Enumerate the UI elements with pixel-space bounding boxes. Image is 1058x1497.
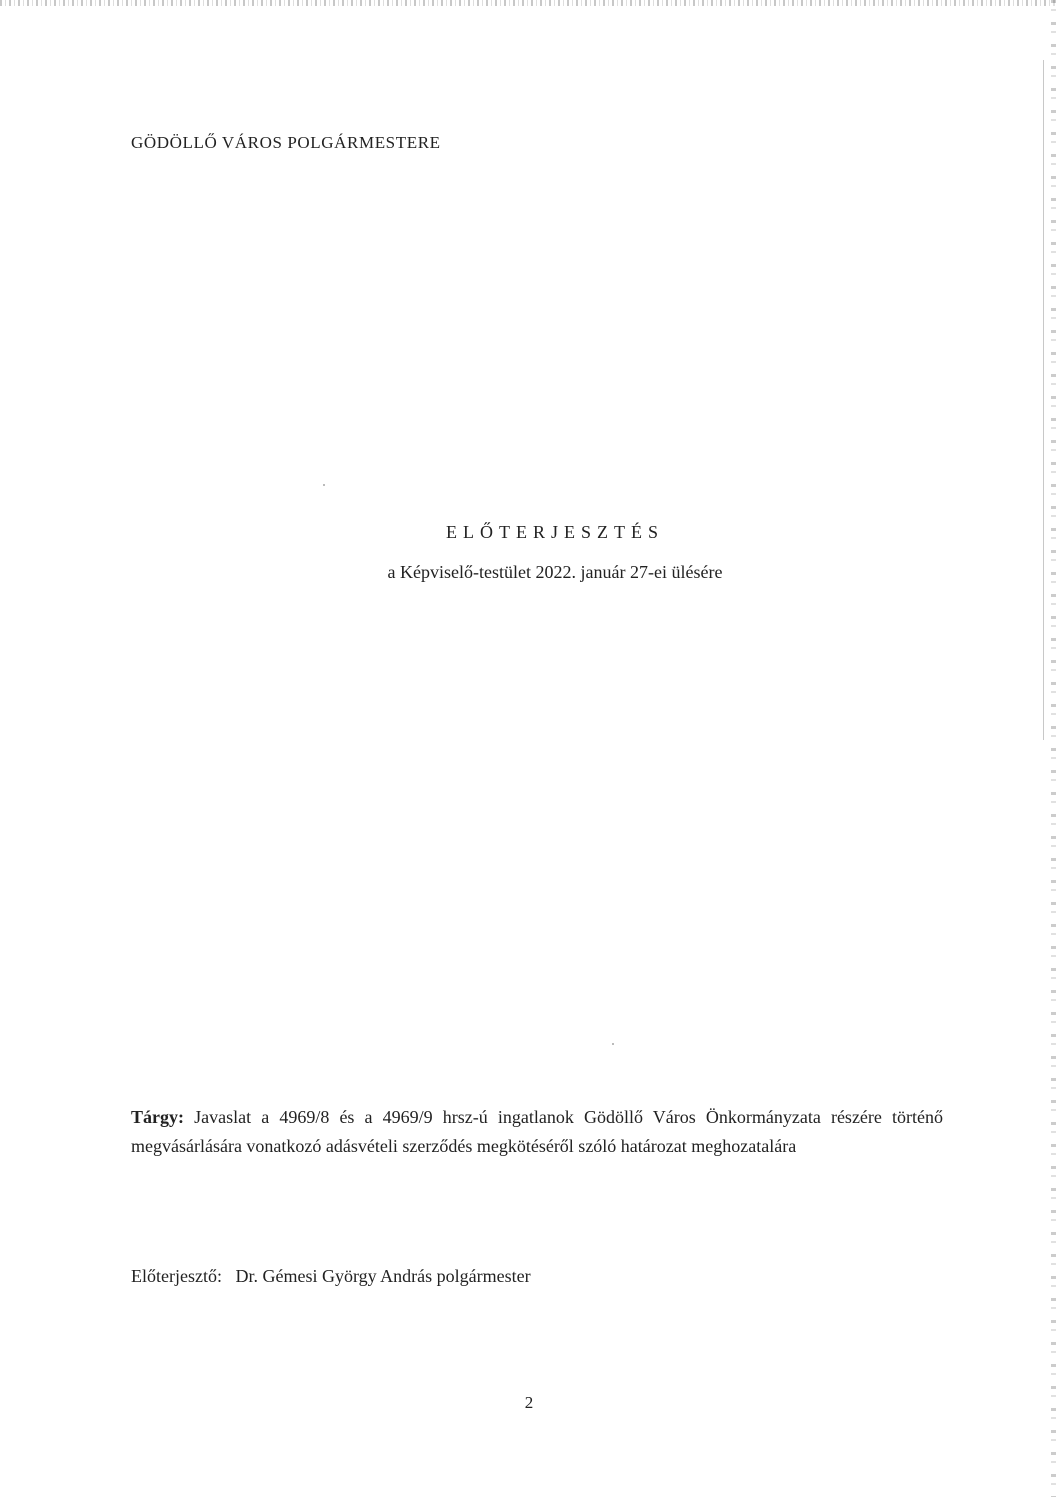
document-subtitle-text: a Képviselő-testület 2022. január 27-ei … — [388, 562, 723, 582]
document-subtitle: a Képviselő-testület 2022. január 27-ei … — [0, 562, 1058, 583]
scan-speck — [323, 484, 325, 486]
scan-edge-top — [0, 0, 1058, 6]
issuer-heading: GÖDÖLLŐ VÁROS POLGÁRMESTERE — [131, 133, 441, 153]
scan-edge-right — [1051, 0, 1056, 1497]
subject-paragraph: Tárgy: Javaslat a 4969/8 és a 4969/9 hrs… — [131, 1103, 943, 1161]
document-title: ELŐTERJESZTÉS — [0, 522, 1058, 543]
subject-text: Javaslat a 4969/8 és a 4969/9 hrsz-ú ing… — [131, 1107, 943, 1156]
presenter-name: Dr. Gémesi György András polgármester — [235, 1266, 530, 1286]
page-number-text: 2 — [525, 1393, 534, 1412]
scan-margin-line — [1043, 60, 1044, 740]
scan-speck — [612, 1043, 614, 1045]
document-title-text: ELŐTERJESZTÉS — [446, 522, 664, 542]
subject-label: Tárgy: — [131, 1107, 184, 1127]
presenter-label: Előterjesztő: — [131, 1266, 222, 1286]
presenter-line: Előterjesztő: Dr. Gémesi György András p… — [131, 1266, 531, 1287]
page-number: 2 — [0, 1393, 1058, 1413]
